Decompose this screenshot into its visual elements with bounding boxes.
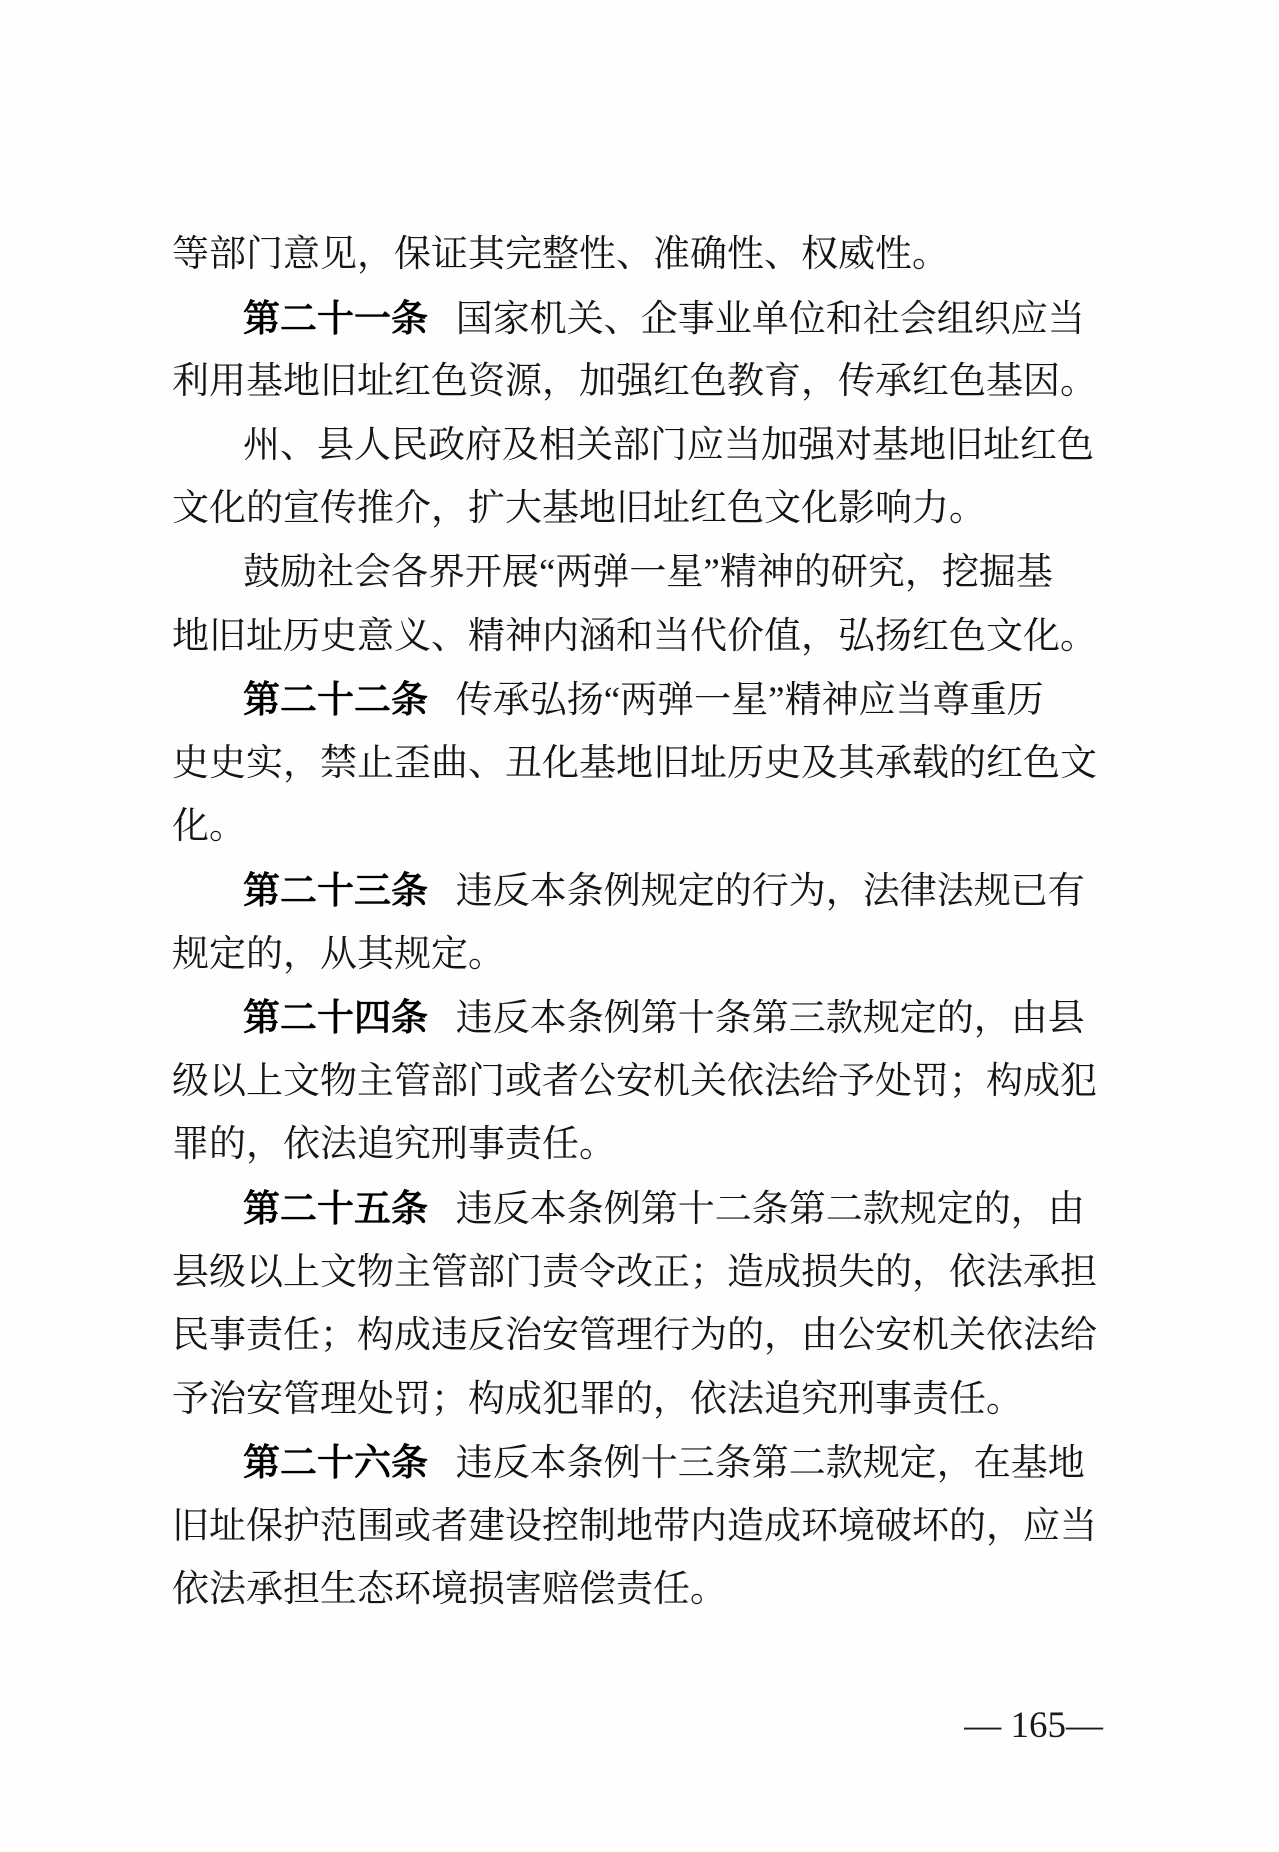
document-body: 等部门意见，保证其完整性、准确性、权威性。 第二十一条国家机关、企事业单位和社会… xyxy=(172,223,1106,1622)
text-line: 旧址保护范围或者建设控制地带内造成环境破坏的，应当 xyxy=(172,1495,1106,1559)
line-text: 级以上文物主管部门或者公安机关依法给予处罚；构成犯 xyxy=(172,1061,1097,1102)
line-text: 文化的宣传推介，扩大基地旧址红色文化影响力。 xyxy=(172,488,986,529)
line-text: 国家机关、企事业单位和社会组织应当 xyxy=(456,299,1085,340)
line-text: 违反本条例第十条第三款规定的，由县 xyxy=(456,998,1085,1039)
line-text: 旧址保护范围或者建设控制地带内造成环境破坏的，应当 xyxy=(172,1506,1097,1547)
line-text: 依法承担生态环境损害赔偿责任。 xyxy=(172,1569,727,1610)
text-line: 民事责任；构成违反治安管理行为的，由公安机关依法给 xyxy=(172,1304,1106,1368)
text-line: 等部门意见，保证其完整性、准确性、权威性。 xyxy=(172,223,1106,287)
line-text: 等部门意见，保证其完整性、准确性、权威性。 xyxy=(172,234,949,275)
line-text: 罪的，依法追究刑事责任。 xyxy=(172,1124,616,1165)
line-text: 违反本条例第十二条第二款规定的，由 xyxy=(456,1189,1085,1230)
text-line: 罪的，依法追究刑事责任。 xyxy=(172,1113,1106,1177)
text-line: 州、县人民政府及相关部门应当加强对基地旧址红色 xyxy=(172,414,1106,478)
line-text: 规定的，从其规定。 xyxy=(172,934,505,975)
line-text: 史史实，禁止歪曲、丑化基地旧址历史及其承载的红色文 xyxy=(172,743,1097,784)
text-line: 文化的宣传推介，扩大基地旧址红色文化影响力。 xyxy=(172,477,1106,541)
line-text: 利用基地旧址红色资源，加强红色教育，传承红色基因。 xyxy=(172,361,1097,402)
text-line: 第二十二条传承弘扬“两弹一星”精神应当尊重历 xyxy=(172,668,1106,732)
text-line: 级以上文物主管部门或者公安机关依法给予处罚；构成犯 xyxy=(172,1050,1106,1114)
article-number: 第二十五条 xyxy=(243,1188,428,1229)
document-page: 等部门意见，保证其完整性、准确性、权威性。 第二十一条国家机关、企事业单位和社会… xyxy=(0,0,1279,1852)
article-number: 第二十二条 xyxy=(243,679,428,720)
text-line: 县级以上文物主管部门责令改正；造成损失的，依法承担 xyxy=(172,1241,1106,1305)
line-text: 予治安管理处罚；构成犯罪的，依法追究刑事责任。 xyxy=(172,1379,1023,1420)
line-text: 地旧址历史意义、精神内涵和当代价值，弘扬红色文化。 xyxy=(172,616,1097,657)
text-line: 第二十五条违反本条例第十二条第二款规定的，由 xyxy=(172,1177,1106,1241)
text-line: 规定的，从其规定。 xyxy=(172,923,1106,987)
article-number: 第二十六条 xyxy=(243,1442,428,1483)
line-text: 州、县人民政府及相关部门应当加强对基地旧址红色 xyxy=(243,425,1094,466)
text-line: 鼓励社会各界开展“两弹一星”精神的研究，挖掘基 xyxy=(172,541,1106,605)
text-line: 地旧址历史意义、精神内涵和当代价值，弘扬红色文化。 xyxy=(172,605,1106,669)
line-text: 传承弘扬“两弹一星”精神应当尊重历 xyxy=(456,680,1044,721)
article-number: 第二十四条 xyxy=(243,997,428,1038)
line-text: 违反本条例规定的行为，法律法规已有 xyxy=(456,871,1085,912)
text-line: 第二十四条违反本条例第十条第三款规定的，由县 xyxy=(172,986,1106,1050)
article-number: 第二十一条 xyxy=(243,298,428,339)
text-line: 第二十六条违反本条例十三条第二款规定，在基地 xyxy=(172,1431,1106,1495)
line-text: 化。 xyxy=(172,806,246,847)
line-text: 县级以上文物主管部门责令改正；造成损失的，依法承担 xyxy=(172,1252,1097,1293)
line-text: 鼓励社会各界开展“两弹一星”精神的研究，挖掘基 xyxy=(243,552,1053,593)
text-line: 化。 xyxy=(172,795,1106,859)
line-text: 民事责任；构成违反治安管理行为的，由公安机关依法给 xyxy=(172,1315,1097,1356)
text-line: 第二十三条违反本条例规定的行为，法律法规已有 xyxy=(172,859,1106,923)
text-line: 第二十一条国家机关、企事业单位和社会组织应当 xyxy=(172,287,1106,351)
page-number: — 165— xyxy=(964,1702,1103,1750)
text-line: 史史实，禁止歪曲、丑化基地旧址历史及其承载的红色文 xyxy=(172,732,1106,796)
text-line: 利用基地旧址红色资源，加强红色教育，传承红色基因。 xyxy=(172,350,1106,414)
article-number: 第二十三条 xyxy=(243,870,428,911)
line-text: 违反本条例十三条第二款规定，在基地 xyxy=(456,1443,1085,1484)
text-line: 予治安管理处罚；构成犯罪的，依法追究刑事责任。 xyxy=(172,1368,1106,1432)
text-line: 依法承担生态环境损害赔偿责任。 xyxy=(172,1558,1106,1622)
